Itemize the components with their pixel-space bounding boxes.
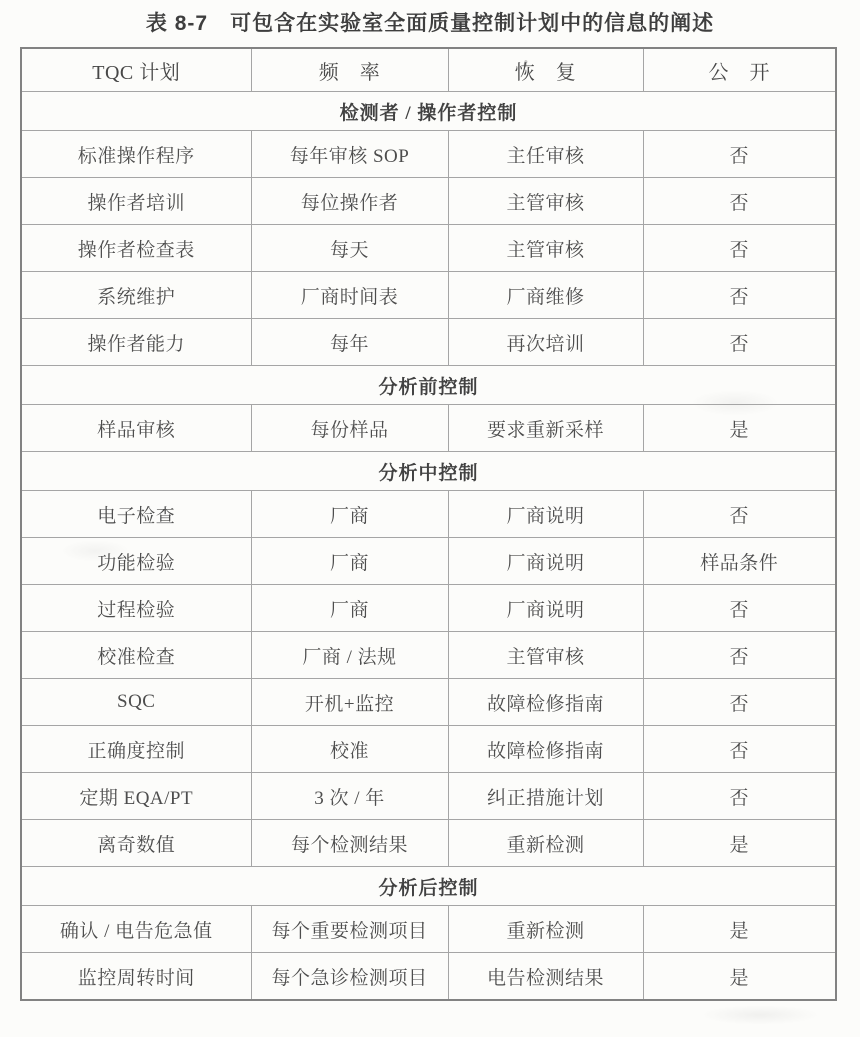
table-cell: 操作者能力 [21,319,251,366]
section-header-row: 分析前控制 [21,366,836,405]
table-cell: 校准检查 [21,632,251,679]
table-cell: 每年审核 SOP [251,131,448,178]
table-row: 标准操作程序每年审核 SOP主任审核否 [21,131,836,178]
table-cell: 3 次 / 年 [251,773,448,820]
table-row: 电子检查厂商厂商说明否 [21,491,836,538]
section-header-row: 分析中控制 [21,452,836,491]
table-cell: 否 [643,131,836,178]
column-header-frequency: 频 率 [251,48,448,92]
table-cell: 每位操作者 [251,178,448,225]
table-cell: 是 [643,906,836,953]
table-row: 定期 EQA/PT3 次 / 年纠正措施计划否 [21,773,836,820]
table-row: 操作者培训每位操作者主管审核否 [21,178,836,225]
table-cell: 故障检修指南 [448,726,643,773]
table-cell: 厂商说明 [448,491,643,538]
tqc-table: TQC 计划 频 率 恢 复 公 开 检测者 / 操作者控制标准操作程序每年审核… [20,47,837,1001]
table-cell: 标准操作程序 [21,131,251,178]
table-row: 系统维护厂商时间表厂商维修否 [21,272,836,319]
table-cell: 否 [643,272,836,319]
table-cell: 校准 [251,726,448,773]
table-cell: 厂商 [251,491,448,538]
table-row: 功能检验厂商厂商说明样品条件 [21,538,836,585]
table-row: 操作者能力每年再次培训否 [21,319,836,366]
table-cell: 监控周转时间 [21,953,251,1001]
column-header-public: 公 开 [643,48,836,92]
table-cell: 否 [643,773,836,820]
table-cell: 否 [643,679,836,726]
table-cell: 每个重要检测项目 [251,906,448,953]
table-cell: 过程检验 [21,585,251,632]
section-header: 分析中控制 [21,452,836,491]
table-cell: 主管审核 [448,178,643,225]
table-row: 确认 / 电告危急值每个重要检测项目重新检测是 [21,906,836,953]
table-cell: 否 [643,632,836,679]
table-cell: 操作者培训 [21,178,251,225]
table-cell: SQC [21,679,251,726]
table-row: 样品审核每份样品要求重新采样是 [21,405,836,452]
table-row: 操作者检查表每天主管审核否 [21,225,836,272]
table-cell: 功能检验 [21,538,251,585]
table-cell: 纠正措施计划 [448,773,643,820]
table-row: 离奇数值每个检测结果重新检测是 [21,820,836,867]
table-cell: 否 [643,178,836,225]
table-cell: 每年 [251,319,448,366]
table-cell: 否 [643,319,836,366]
section-header: 分析前控制 [21,366,836,405]
table-cell: 厂商时间表 [251,272,448,319]
table-cell: 操作者检查表 [21,225,251,272]
table-cell: 主管审核 [448,632,643,679]
scanned-document-page: 表 8-7 可包含在实验室全面质量控制计划中的信息的阐述 TQC 计划 频 率 … [0,0,860,1037]
table-cell: 再次培训 [448,319,643,366]
table-cell: 系统维护 [21,272,251,319]
table-cell: 否 [643,726,836,773]
table-cell: 厂商维修 [448,272,643,319]
table-cell: 是 [643,953,836,1001]
table-cell: 厂商说明 [448,538,643,585]
table-cell: 主任审核 [448,131,643,178]
table-caption: 表 8-7 可包含在实验室全面质量控制计划中的信息的阐述 [0,7,860,37]
table-cell: 厂商 / 法规 [251,632,448,679]
table-cell: 否 [643,585,836,632]
column-header-recovery: 恢 复 [448,48,643,92]
table-cell: 否 [643,225,836,272]
column-header-tqc-plan: TQC 计划 [21,48,251,92]
table-cell: 是 [643,820,836,867]
table-cell: 每个检测结果 [251,820,448,867]
section-header-row: 分析后控制 [21,867,836,906]
table-cell: 厂商 [251,538,448,585]
table-row: 过程检验厂商厂商说明否 [21,585,836,632]
table-cell: 是 [643,405,836,452]
table-cell: 定期 EQA/PT [21,773,251,820]
table-cell: 要求重新采样 [448,405,643,452]
section-header: 分析后控制 [21,867,836,906]
table-cell: 样品条件 [643,538,836,585]
section-header-row: 检测者 / 操作者控制 [21,92,836,131]
table-header-row: TQC 计划 频 率 恢 复 公 开 [21,48,836,92]
table-cell: 电子检查 [21,491,251,538]
table-body: 检测者 / 操作者控制标准操作程序每年审核 SOP主任审核否操作者培训每位操作者… [21,92,836,1001]
table-cell: 每份样品 [251,405,448,452]
table-cell: 样品审核 [21,405,251,452]
table-cell: 每天 [251,225,448,272]
section-header: 检测者 / 操作者控制 [21,92,836,131]
table-cell: 正确度控制 [21,726,251,773]
table-row: 正确度控制校准故障检修指南否 [21,726,836,773]
table-cell: 每个急诊检测项目 [251,953,448,1001]
table-cell: 故障检修指南 [448,679,643,726]
table-row: 监控周转时间每个急诊检测项目电告检测结果是 [21,953,836,1001]
table-cell: 厂商说明 [448,585,643,632]
table-cell: 离奇数值 [21,820,251,867]
table-cell: 电告检测结果 [448,953,643,1001]
table-cell: 确认 / 电告危急值 [21,906,251,953]
table-row: 校准检查厂商 / 法规主管审核否 [21,632,836,679]
table-cell: 厂商 [251,585,448,632]
table-cell: 主管审核 [448,225,643,272]
table-cell: 重新检测 [448,820,643,867]
scan-smudge [700,1005,820,1025]
table-row: SQC开机+监控故障检修指南否 [21,679,836,726]
table-cell: 否 [643,491,836,538]
table-cell: 重新检测 [448,906,643,953]
table-cell: 开机+监控 [251,679,448,726]
